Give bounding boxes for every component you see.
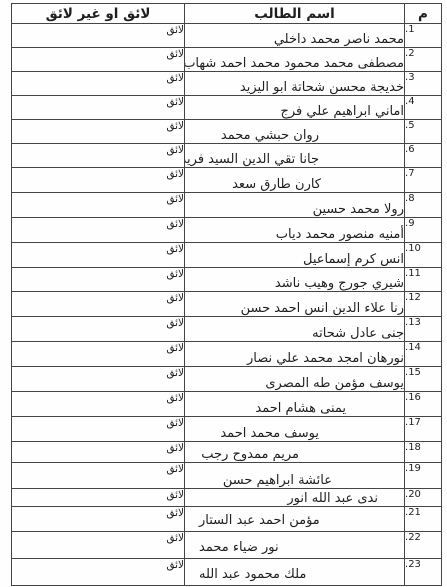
status-cell: لائق xyxy=(12,532,185,559)
row-number-cell: 13. xyxy=(405,317,442,342)
row-number-cell: 9. xyxy=(405,218,442,243)
table-row: 4. اماني ابراهيم علي فرج لائق xyxy=(12,96,442,120)
student-name-cell: يوسف محمد احمد xyxy=(185,417,405,442)
status-cell: لائق xyxy=(12,342,185,367)
table-row: 13. جنى عادل شحاته لائق xyxy=(12,317,442,342)
row-number-cell: 15. xyxy=(405,367,442,392)
student-name-cell: يمنى هشام احمد xyxy=(185,392,405,417)
table-row: 7. كارن طارق سعد لائق xyxy=(12,168,442,193)
table-row: 5. روان حبشي محمد لائق xyxy=(12,120,442,144)
row-number-cell: 8. xyxy=(405,193,442,218)
student-name-cell: مريم ممدوح رجب xyxy=(185,442,405,463)
table-row: 18. مريم ممدوح رجب لائق xyxy=(12,442,442,463)
table-row: 6. جانا تقي الدين السيد فريد لائق xyxy=(12,144,442,168)
student-name-cell: كارن طارق سعد xyxy=(185,168,405,193)
row-number-cell: 18. xyxy=(405,442,442,463)
student-name-cell: جانا تقي الدين السيد فريد xyxy=(185,144,405,168)
table-row: 21. مؤمن احمد عبد الستار لائق xyxy=(12,507,442,532)
student-fitness-table: م اسم الطالب لائق او غير لائق 1. محمد نا… xyxy=(11,3,442,586)
table-row: 16. يمنى هشام احمد لائق xyxy=(12,392,442,417)
student-name-cell: رولا محمد حسين xyxy=(185,193,405,218)
status-cell: لائق xyxy=(12,292,185,317)
table-row: 14. نورهان امجد محمد علي نصار لائق xyxy=(12,342,442,367)
row-number-cell: 22. xyxy=(405,532,442,559)
status-cell: لائق xyxy=(12,120,185,144)
student-name-cell: نورهان امجد محمد علي نصار xyxy=(185,342,405,367)
status-cell: لائق xyxy=(12,367,185,392)
row-number-cell: 16. xyxy=(405,392,442,417)
row-number-cell: 14. xyxy=(405,342,442,367)
row-number-cell: 21. xyxy=(405,507,442,532)
row-number-cell: 12. xyxy=(405,292,442,317)
table-row: 23. ملك محمود عبد الله لائق xyxy=(12,559,442,586)
status-cell: لائق xyxy=(12,168,185,193)
row-number-cell: 1. xyxy=(405,24,442,48)
scanned-document-page: م اسم الطالب لائق او غير لائق 1. محمد نا… xyxy=(0,0,447,587)
table-row: 12. رنا علاء الدين انس احمد حسن لائق xyxy=(12,292,442,317)
status-cell: لائق xyxy=(12,24,185,48)
row-number-cell: 10. xyxy=(405,243,442,268)
row-number-cell: 5. xyxy=(405,120,442,144)
row-number-cell: 7. xyxy=(405,168,442,193)
student-name-cell: مصطفى محمد محمود محمد احمد شهاب xyxy=(185,48,405,72)
status-cell: لائق xyxy=(12,417,185,442)
header-fitness-status: لائق او غير لائق xyxy=(12,4,185,24)
student-name-cell: محمد ناصر محمد داخلي xyxy=(185,24,405,48)
status-cell: لائق xyxy=(12,442,185,463)
table-row: 15. يوسف مؤمن طه المصرى لائق xyxy=(12,367,442,392)
status-cell: لائق xyxy=(12,489,185,507)
table-header-row: م اسم الطالب لائق او غير لائق xyxy=(12,4,442,24)
student-name-cell: جنى عادل شحاته xyxy=(185,317,405,342)
student-name-cell: أمنيه منصور محمد دياب xyxy=(185,218,405,243)
table-row: 17. يوسف محمد احمد لائق xyxy=(12,417,442,442)
student-name-cell: خديجة محسن شحاتة ابو اليزيد xyxy=(185,72,405,96)
student-name-cell: شيري جورج وهيب ناشد xyxy=(185,268,405,292)
row-number-cell: 20. xyxy=(405,489,442,507)
table-row: 8. رولا محمد حسين لائق xyxy=(12,193,442,218)
status-cell: لائق xyxy=(12,193,185,218)
row-number-cell: 3. xyxy=(405,72,442,96)
row-number-cell: 2. xyxy=(405,48,442,72)
row-number-cell: 4. xyxy=(405,96,442,120)
table-row: 10. انس كرم إسماعيل لائق xyxy=(12,243,442,268)
table-row: 22. نور ضياء محمد لائق xyxy=(12,532,442,559)
header-student-name: اسم الطالب xyxy=(185,4,405,24)
table-row: 9. أمنيه منصور محمد دياب لائق xyxy=(12,218,442,243)
status-cell: لائق xyxy=(12,559,185,586)
student-name-cell: روان حبشي محمد xyxy=(185,120,405,144)
status-cell: لائق xyxy=(12,48,185,72)
row-number-cell: 17. xyxy=(405,417,442,442)
table-row: 19. عائشة ابراهيم حسن لائق xyxy=(12,463,442,489)
student-name-cell: انس كرم إسماعيل xyxy=(185,243,405,268)
status-cell: لائق xyxy=(12,317,185,342)
student-name-cell: عائشة ابراهيم حسن xyxy=(185,463,405,489)
table-row: 1. محمد ناصر محمد داخلي لائق xyxy=(12,24,442,48)
status-cell: لائق xyxy=(12,268,185,292)
table-row: 11. شيري جورج وهيب ناشد لائق xyxy=(12,268,442,292)
student-name-cell: يوسف مؤمن طه المصرى xyxy=(185,367,405,392)
row-number-cell: 19. xyxy=(405,463,442,489)
row-number-cell: 11. xyxy=(405,268,442,292)
status-cell: لائق xyxy=(12,72,185,96)
student-name-cell: اماني ابراهيم علي فرج xyxy=(185,96,405,120)
row-number-cell: 6. xyxy=(405,144,442,168)
status-cell: لائق xyxy=(12,144,185,168)
status-cell: لائق xyxy=(12,507,185,532)
student-name-cell: ندى عبد الله انور xyxy=(185,489,405,507)
status-cell: لائق xyxy=(12,243,185,268)
status-cell: لائق xyxy=(12,463,185,489)
student-name-cell: ملك محمود عبد الله xyxy=(185,559,405,586)
row-number-cell: 23. xyxy=(405,559,442,586)
table-row: 2. مصطفى محمد محمود محمد احمد شهاب لائق xyxy=(12,48,442,72)
table-row: 3. خديجة محسن شحاتة ابو اليزيد لائق xyxy=(12,72,442,96)
header-number: م xyxy=(405,4,442,24)
status-cell: لائق xyxy=(12,392,185,417)
status-cell: لائق xyxy=(12,218,185,243)
student-name-cell: مؤمن احمد عبد الستار xyxy=(185,507,405,532)
table-row: 20. ندى عبد الله انور لائق xyxy=(12,489,442,507)
student-name-cell: رنا علاء الدين انس احمد حسن xyxy=(185,292,405,317)
student-name-cell: نور ضياء محمد xyxy=(185,532,405,559)
status-cell: لائق xyxy=(12,96,185,120)
